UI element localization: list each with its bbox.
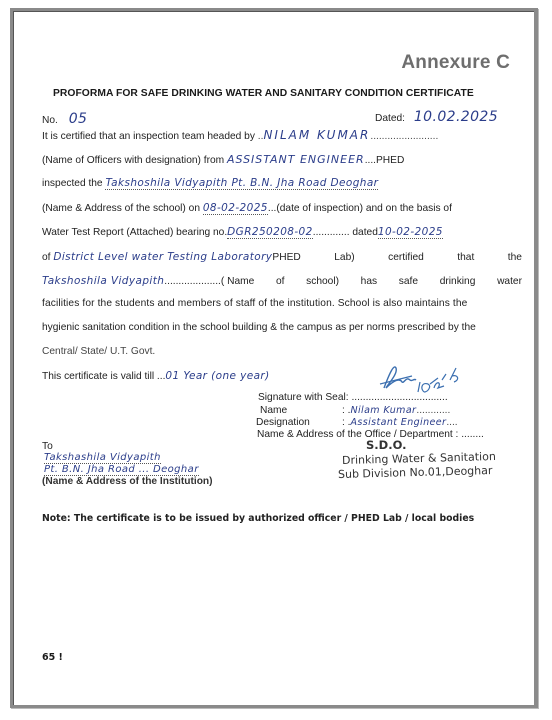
institution-caption: (Name & Address of the Institution) [42, 476, 213, 487]
dated-value: 10.02.2025 [414, 109, 498, 125]
paragraph-line: facilities for the students and members … [42, 298, 467, 309]
inspector-line: It is certified that an inspection team … [42, 128, 438, 142]
page-number: 65 ! [42, 652, 63, 663]
paragraph-line: hygienic sanitation condition in the sch… [42, 322, 476, 333]
signer-name: Nilam Kumar [351, 405, 417, 416]
school-name-line: Takshoshila Vidyapith...................… [42, 275, 522, 287]
lab-name: District Level water Testing Laboratory [53, 251, 272, 263]
paragraph-line: Central/ State/ U.T. Govt. [42, 346, 155, 357]
lab-line: of District Level water Testing Laborato… [42, 251, 522, 263]
signature-label: Signature with Seal: ...................… [258, 392, 448, 403]
institution-name: Takshashila Vidyapith [44, 452, 161, 464]
number-value: 05 [69, 111, 88, 127]
name-row: Name: .Nilam Kumar............ [260, 405, 450, 416]
inspection-date-line: (Name & Address of the school) on 08-02-… [42, 202, 522, 214]
designation-line: (Name of Officers with designation) from… [42, 153, 404, 166]
report-line: Water Test Report (Attached) bearing no.… [42, 226, 443, 238]
institution-address: Pt. B.N. Jha Road ... Deoghar [44, 464, 199, 476]
designation-value: ASSISTANT ENGINEER [227, 153, 365, 166]
annexure-label: Annexure C [401, 52, 510, 74]
inspection-date: 08-02-2025 [203, 202, 268, 215]
inspector-name: NILAM KUMAR [263, 128, 370, 142]
signer-designation: Assistant Engineer [351, 417, 447, 428]
school-name: Takshoshila Vidyapith [42, 275, 164, 287]
seal-sdo: S.D.O. [366, 438, 406, 452]
school-address-line: inspected the Takshoshila Vidyapith Pt. … [42, 177, 378, 189]
certificate-date: Dated: 10.02.2025 [375, 109, 498, 125]
certificate-title: PROFORMA FOR SAFE DRINKING WATER AND SAN… [53, 88, 474, 99]
to-label: To [42, 441, 53, 452]
designation-row: Designation: .Assistant Engineer.... [256, 417, 458, 428]
certificate-number: No. 05 [42, 111, 87, 127]
report-date: 10-02-2025 [378, 226, 443, 239]
note-text: Note: The certificate is to be issued by… [42, 513, 474, 524]
report-number: DGR250208-02 [227, 226, 313, 239]
school-address: Takshoshila Vidyapith Pt. B.N. Jha Road … [105, 177, 378, 190]
validity-line: This certificate is valid till ...01 Yea… [42, 370, 270, 382]
validity-value: 01 Year (one year) [165, 370, 269, 382]
